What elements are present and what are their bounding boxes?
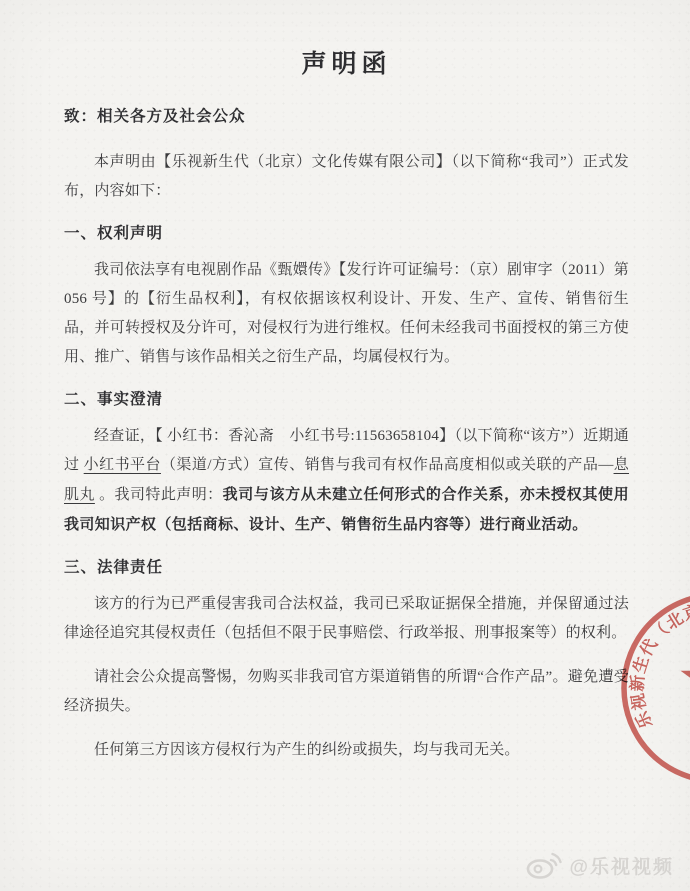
document-content: 声明函 致：相关各方及社会公众 本声明由【乐视新生代（北京）文化传媒有限公司】（… — [64, 44, 629, 780]
section-3-heading: 三、法律责任 — [64, 555, 629, 577]
watermark-handle: @乐视视频 — [569, 852, 674, 879]
section-1-heading: 一、权利声明 — [64, 221, 629, 243]
seal-star-icon: ★ — [674, 628, 690, 734]
intro-paragraph: 本声明由【乐视新生代（北京）文化传媒有限公司】（以下简称“我司”）正式发布，内容… — [64, 148, 629, 206]
document-title: 声明函 — [64, 44, 629, 80]
seal-ring — [624, 595, 690, 781]
section-3-paragraph-2: 请社会公众提高警惕，勿购买非我司官方渠道销售的所谓“合作产品”。避免遭受经济损失… — [64, 663, 629, 721]
svg-text:乐视新生代（北京）文化传媒有限公司: 乐视新生代（北京）文化传媒有限公司 — [627, 598, 690, 732]
weibo-logo-icon — [526, 851, 562, 879]
weibo-watermark: @乐视视频 — [526, 851, 674, 879]
declaration-lead-in: 。我司特此声明： — [95, 487, 223, 503]
product-context-segment: （渠道/方式）宣传、销售与我司有权作品高度相似或关联的产品— — [161, 457, 614, 473]
seal-company-name: 乐视新生代（北京）文化传媒有限公司 — [627, 598, 690, 732]
section-3-paragraph-3: 任何第三方因该方侵权行为产生的纠纷或损失，均与我司无关。 — [64, 736, 629, 765]
platform-name-underlined: 小红书平台 — [84, 457, 161, 473]
section-1-body: 我司依法享有电视剧作品《甄嬛传》【发行许可证编号：（京）剧审字（2011）第 0… — [64, 256, 629, 372]
section-3-paragraph-1: 该方的行为已严重侵害我司合法权益，我司已采取证据保全措施，并保留通过法律途径追究… — [64, 590, 629, 648]
salutation-line: 致：相关各方及社会公众 — [64, 104, 629, 126]
section-2-body: 经查证，【 小红书：香沁斋 小红书号:11563658104】（以下简称“该方”… — [64, 422, 629, 540]
statement-letter-page: 声明函 致：相关各方及社会公众 本声明由【乐视新生代（北京）文化传媒有限公司】（… — [0, 0, 690, 891]
section-2-heading: 二、事实澄清 — [64, 387, 629, 409]
